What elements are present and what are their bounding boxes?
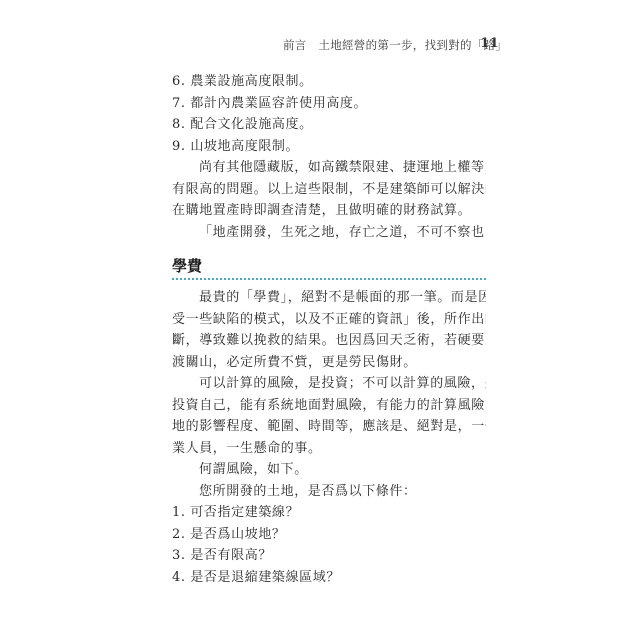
running-title: 前言 土地經營的第一步，找到對的「路」 [283, 38, 507, 52]
section-title: 學費 [172, 257, 486, 275]
list-item: 8. 配合文化設施高度。 [172, 114, 486, 136]
paragraph-line: 最貴的「學費」，絕對不是帳面的那一筆。而是因爲「接 [172, 287, 486, 309]
list-item: 9. 山坡地高度限制。 [172, 136, 486, 158]
paragraph-line: 尚有其他隱藏版，如高鐵禁限建、捷運地上權等，都可能 [172, 157, 486, 179]
list-item: 2. 是否爲山坡地？ [172, 524, 486, 546]
list-item: 4. 是否是退縮建築線區域？ [172, 567, 486, 589]
list-item: 6. 農業設施高度限制。 [172, 71, 486, 93]
paragraph-line: 投資自己，能有系統地面對風險，有能力的計算風險，對一塊 [172, 395, 486, 417]
paragraph-line: 有限高的問題。以上這些限制，不是建築師可以解決的，需要 [172, 179, 486, 201]
paragraph-line: 受一些缺陷的模式，以及不正確的資訊」後，所作出的錯誤判 [172, 309, 486, 331]
body-text-top: 6. 農業設施高度限制。 7. 都計內農業區容許使用高度。 8. 配合文化設施高… [172, 71, 486, 243]
running-header: 前言 土地經營的第一步，找到對的「路」 11 [283, 37, 493, 53]
paragraph-line: 地的影響程度、範圍、時間等，應該是、絕對是，一位土地從 [172, 416, 486, 438]
list-item: 7. 都計內農業區容許使用高度。 [172, 93, 486, 115]
book-page: 前言 土地經營的第一步，找到對的「路」 11 6. 農業設施高度限制。 7. 都… [0, 0, 640, 640]
paragraph-line: 斷，導致難以挽救的結果。也因爲回天乏術，若硬要回天，強 [172, 330, 486, 352]
section-heading: 學費 [172, 257, 486, 280]
list-item: 1. 可否指定建築線？ [172, 502, 486, 524]
quote-line: 「地產開發，生死之地，存亡之道，不可不察也！」 [172, 222, 486, 244]
paragraph-line: 在購地置產時即調查清楚，且做明確的財務試算。 [172, 200, 486, 222]
body-text-bottom: 最貴的「學費」，絕對不是帳面的那一筆。而是因爲「接 受一些缺陷的模式，以及不正確… [172, 287, 486, 588]
paragraph-line: 渡關山，必定所費不貲，更是勞民傷財。 [172, 352, 486, 374]
list-item: 3. 是否有限高？ [172, 545, 486, 567]
paragraph-line: 業人員，一生懸命的事。 [172, 438, 486, 460]
paragraph-line: 您所開發的土地，是否爲以下條件： [172, 481, 486, 503]
paragraph-line: 可以計算的風險，是投資；不可以計算的風險，是賭博。 [172, 373, 486, 395]
page-number: 11 [480, 36, 499, 51]
dotted-divider [172, 278, 486, 280]
paragraph-line: 何謂風險，如下。 [172, 459, 486, 481]
